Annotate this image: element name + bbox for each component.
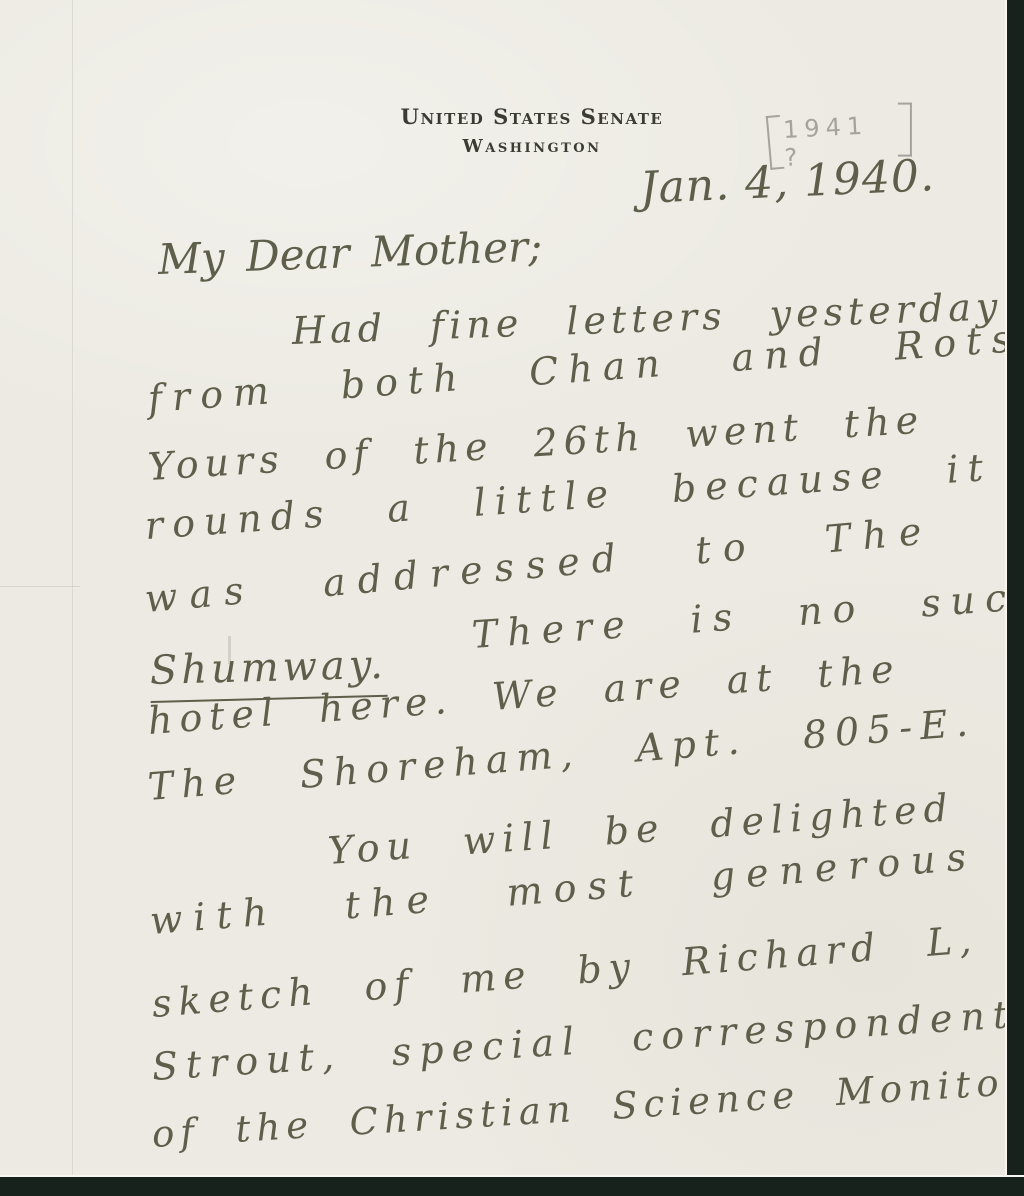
fold-crease-vertical (72, 0, 74, 1196)
mat-edge-right (1005, 0, 1024, 1196)
letter-scan: United States Senate Washington 1941 ? J… (0, 0, 1024, 1196)
mat-edge-bottom (0, 1175, 1024, 1196)
letterhead-city: Washington (332, 136, 732, 157)
letterhead-org: United States Senate (332, 104, 732, 129)
fold-crease-horizontal (0, 586, 80, 588)
letterhead: United States Senate Washington (332, 104, 732, 157)
salutation: My Dear Mother; (157, 223, 543, 285)
pencil-bracket-right-icon (898, 103, 912, 157)
handwritten-date: Jan. 4, 1940. (639, 151, 936, 214)
handwritten-line: There is no such (470, 574, 1024, 658)
